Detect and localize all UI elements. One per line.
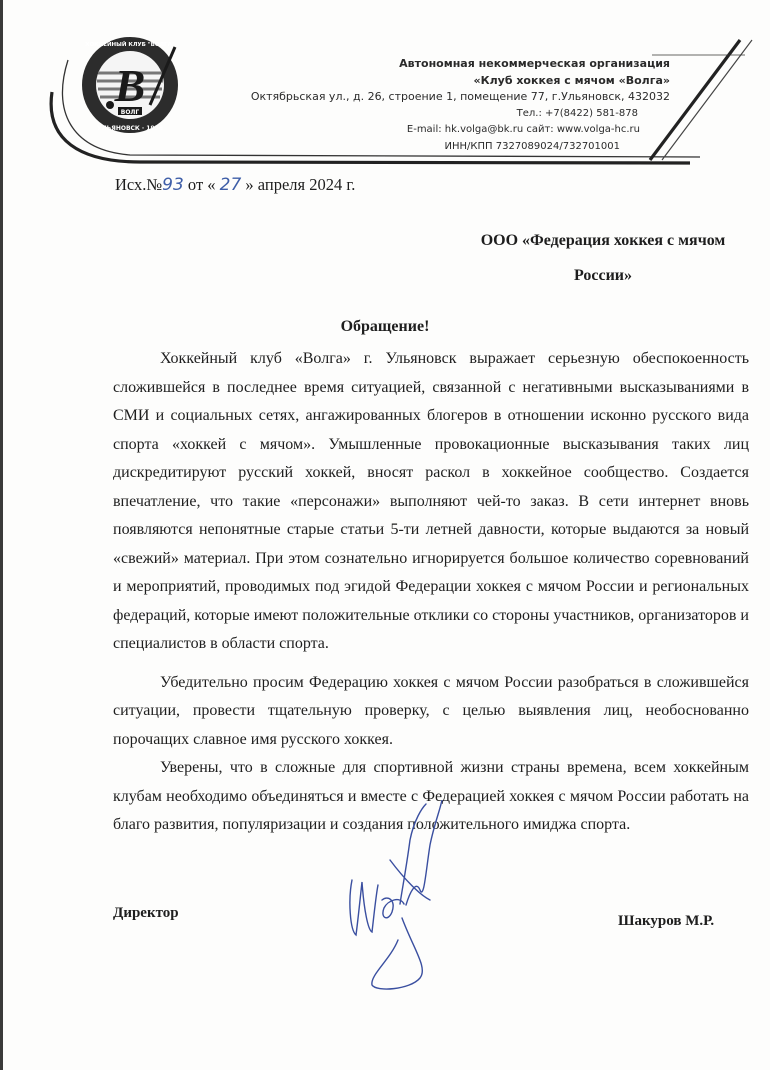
letter-page: B ВОЛГ ХОККЕЙНЫЙ КЛУБ "ВОЛГА" УЛЬЯНОВСК … <box>0 0 770 1070</box>
org-email-site: E-mail: hk.volga@bk.ru сайт: www.volga-h… <box>251 122 670 139</box>
outgoing-number: 93 <box>162 175 184 195</box>
org-name: «Клуб хоккея с мячом «Волга» <box>251 73 670 90</box>
outgoing-number-line: Исх.№93 от « 27 » апреля 2024 г. <box>115 175 355 195</box>
signatory-position: Директор <box>113 905 179 922</box>
recipient-block: ООО «Федерация хоккея с мячом России» <box>468 223 738 293</box>
outgoing-prefix: Исх.№ <box>115 175 162 194</box>
paragraph: Убедительно просим Федерацию хоккея с мя… <box>113 669 749 755</box>
svg-text:УЛЬЯНОВСК · 1936: УЛЬЯНОВСК · 1936 <box>97 125 163 132</box>
signatory-name: Шакуров М.Р. <box>618 913 714 930</box>
paragraph: Хоккейный клуб «Волга» г. Ульяновск выра… <box>113 345 749 659</box>
org-address: Октябрьская ул., д. 26, строение 1, поме… <box>251 89 670 106</box>
outgoing-from: от « <box>184 175 220 194</box>
svg-text:B: B <box>114 60 146 111</box>
outgoing-day: 27 <box>220 175 242 195</box>
handwritten-signature-icon <box>330 800 470 990</box>
svg-text:ХОККЕЙНЫЙ КЛУБ "ВОЛГА": ХОККЕЙНЫЙ КЛУБ "ВОЛГА" <box>85 40 175 48</box>
letter-title: Обращение! <box>0 318 770 336</box>
recipient-line-2: России» <box>468 258 738 293</box>
letterhead: B ВОЛГ ХОККЕЙНЫЙ КЛУБ "ВОЛГА" УЛЬЯНОВСК … <box>0 0 770 170</box>
volga-club-emblem-icon: B ВОЛГ ХОККЕЙНЫЙ КЛУБ "ВОЛГА" УЛЬЯНОВСК … <box>80 35 180 135</box>
outgoing-date-suffix: » апреля 2024 г. <box>241 175 355 194</box>
organization-details: Автономная некоммерческая организация «К… <box>251 56 670 155</box>
org-inn-kpp: ИНН/КПП 7327089024/732701001 <box>251 139 670 156</box>
recipient-line-1: ООО «Федерация хоккея с мячом <box>468 223 738 258</box>
letter-body: Хоккейный клуб «Волга» г. Ульяновск выра… <box>113 345 749 840</box>
org-phone: Тел.: +7(8422) 581-878 <box>251 106 670 123</box>
svg-text:ВОЛГ: ВОЛГ <box>121 109 140 116</box>
org-type: Автономная некоммерческая организация <box>251 56 670 73</box>
